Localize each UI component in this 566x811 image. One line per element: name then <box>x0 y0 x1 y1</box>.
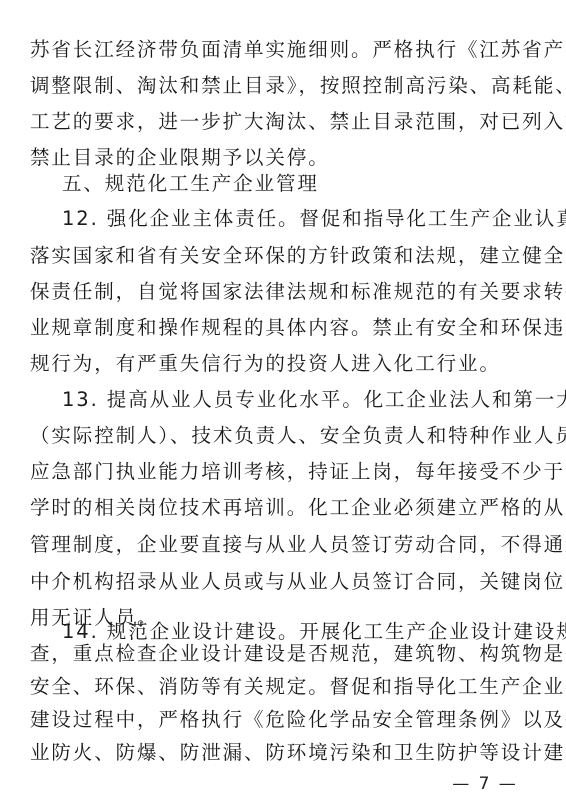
text-line: 业防火、防爆、防泄漏、防环境污染和卫生防护等设计建设标准 <box>30 741 522 765</box>
text-line: 安全、环保、消防等有关规定。督促和指导化工生产企业在设计 <box>30 675 522 699</box>
text-line: 12. 强化企业主体责任。督促和指导化工生产企业认真贯彻 <box>62 207 522 231</box>
text-line: 建设过程中，严格执行《危险化学品安全管理条例》以及化工企 <box>30 708 522 732</box>
text-line: 规行为，有严重失信行为的投资人进入化工行业。 <box>30 352 522 376</box>
text-line: 管理制度，企业要直接与从业人员签订劳动合同，不得通过劳务 <box>30 533 522 557</box>
text-line: 13. 提高从业人员专业化水平。化工企业法人和第一大股东 <box>62 388 522 412</box>
document-page: 苏省长江经济带负面清单实施细则。严格执行《江苏省产业结构调整限制、淘汰和禁止目录… <box>0 0 566 811</box>
text-line: 工艺的要求，进一步扩大淘汰、禁止目录范围，对已列入淘汰、 <box>30 110 522 134</box>
text-line: 查，重点检查企业设计建设是否规范，建筑物、构筑物是否符合 <box>30 642 522 666</box>
text-line: 禁止目录的企业限期予以关停。 <box>30 146 522 170</box>
text-line: 学时的相关岗位技术再培训。化工企业必须建立严格的从业人员 <box>30 496 522 520</box>
text-line: 保责任制，自觉将国家法律法规和标准规范的有关要求转化为企 <box>30 280 522 304</box>
text-line: 应急部门执业能力培训考核，持证上岗，每年接受不少于16个 <box>30 460 522 484</box>
text-line: 苏省长江经济带负面清单实施细则。严格执行《江苏省产业结构 <box>30 38 522 62</box>
text-line: 14. 规范企业设计建设。开展化工生产企业设计建设规范检 <box>62 620 522 644</box>
page-number: — 7 — <box>440 774 530 794</box>
text-line: 落实国家和省有关安全环保的方针政策和法规，建立健全安全环 <box>30 244 522 268</box>
text-line: （实际控制人）、技术负责人、安全负责人和特种作业人员需经 <box>30 424 522 448</box>
text-line: 业规章制度和操作规程的具体内容。禁止有安全和环保违法、违 <box>30 316 522 340</box>
text-line: 中介机构招录从业人员或与从业人员签订合同，关键岗位不得录 <box>30 570 522 594</box>
text-line: 调整限制、淘汰和禁止目录》，按照控制高污染、高耗能、落后 <box>30 74 522 98</box>
section-heading: 五、规范化工生产企业管理 <box>62 172 319 196</box>
